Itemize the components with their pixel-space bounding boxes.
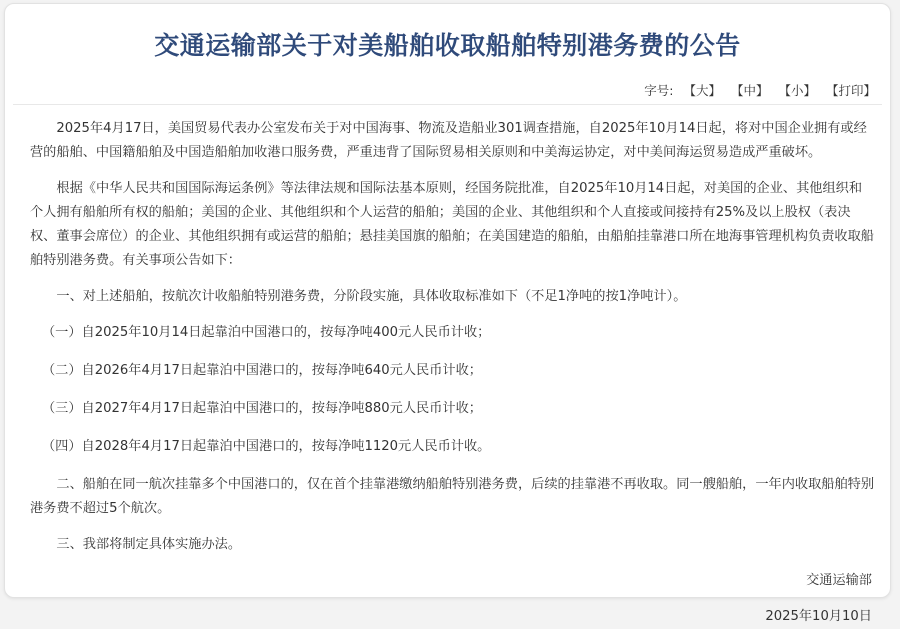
paragraph-legal-basis: 根据《中华人民共和国国际海运条例》等法律法规和国际法基本原则，经国务院批准，自2… — [30, 177, 875, 273]
paragraph-background: 2025年4月17日，美国贸易代表办公室发布关于对中国海事、物流及造船业301调… — [30, 117, 875, 165]
page-title: 交通运输部关于对美船舶收取船舶特别港务费的公告 — [5, 26, 890, 62]
announcement-card: 交通运输部关于对美船舶收取船舶特别港务费的公告 字号: 【大】 【中】 【小】 … — [4, 3, 891, 598]
fee-schedule-item: （三）自2027年4月17日起靠泊中国港口的，按每净吨880元人民币计收； — [30, 397, 875, 421]
header-divider — [13, 104, 882, 105]
paragraph-item-three: 三、我部将制定具体实施办法。 — [30, 533, 875, 557]
fee-schedule-item: （四）自2028年4月17日起靠泊中国港口的，按每净吨1120元人民币计收。 — [30, 435, 875, 459]
print-link[interactable]: 【打印】 — [826, 81, 876, 99]
font-size-large-link[interactable]: 【大】 — [683, 81, 721, 99]
font-size-label: 字号: — [644, 81, 673, 99]
fee-schedule-item: （二）自2026年4月17日起靠泊中国港口的，按每净吨640元人民币计收； — [30, 359, 875, 383]
announcement-body: 2025年4月17日，美国贸易代表办公室发布关于对中国海事、物流及造船业301调… — [30, 117, 875, 606]
font-size-toolbar: 字号: 【大】 【中】 【小】 【打印】 — [644, 81, 876, 99]
font-size-small-link[interactable]: 【小】 — [778, 81, 816, 99]
fee-schedule-item: （一）自2025年10月14日起靠泊中国港口的，按每净吨400元人民币计收； — [30, 321, 875, 345]
paragraph-item-one: 一、对上述船舶，按航次计收船舶特别港务费，分阶段实施，具体收取标准如下（不足1净… — [30, 285, 875, 309]
paragraph-item-two: 二、船舶在同一航次挂靠多个中国港口的，仅在首个挂靠港缴纳船舶特别港务费，后续的挂… — [30, 473, 875, 521]
signature-issuer: 交通运输部 — [30, 569, 872, 593]
font-size-medium-link[interactable]: 【中】 — [731, 81, 769, 99]
